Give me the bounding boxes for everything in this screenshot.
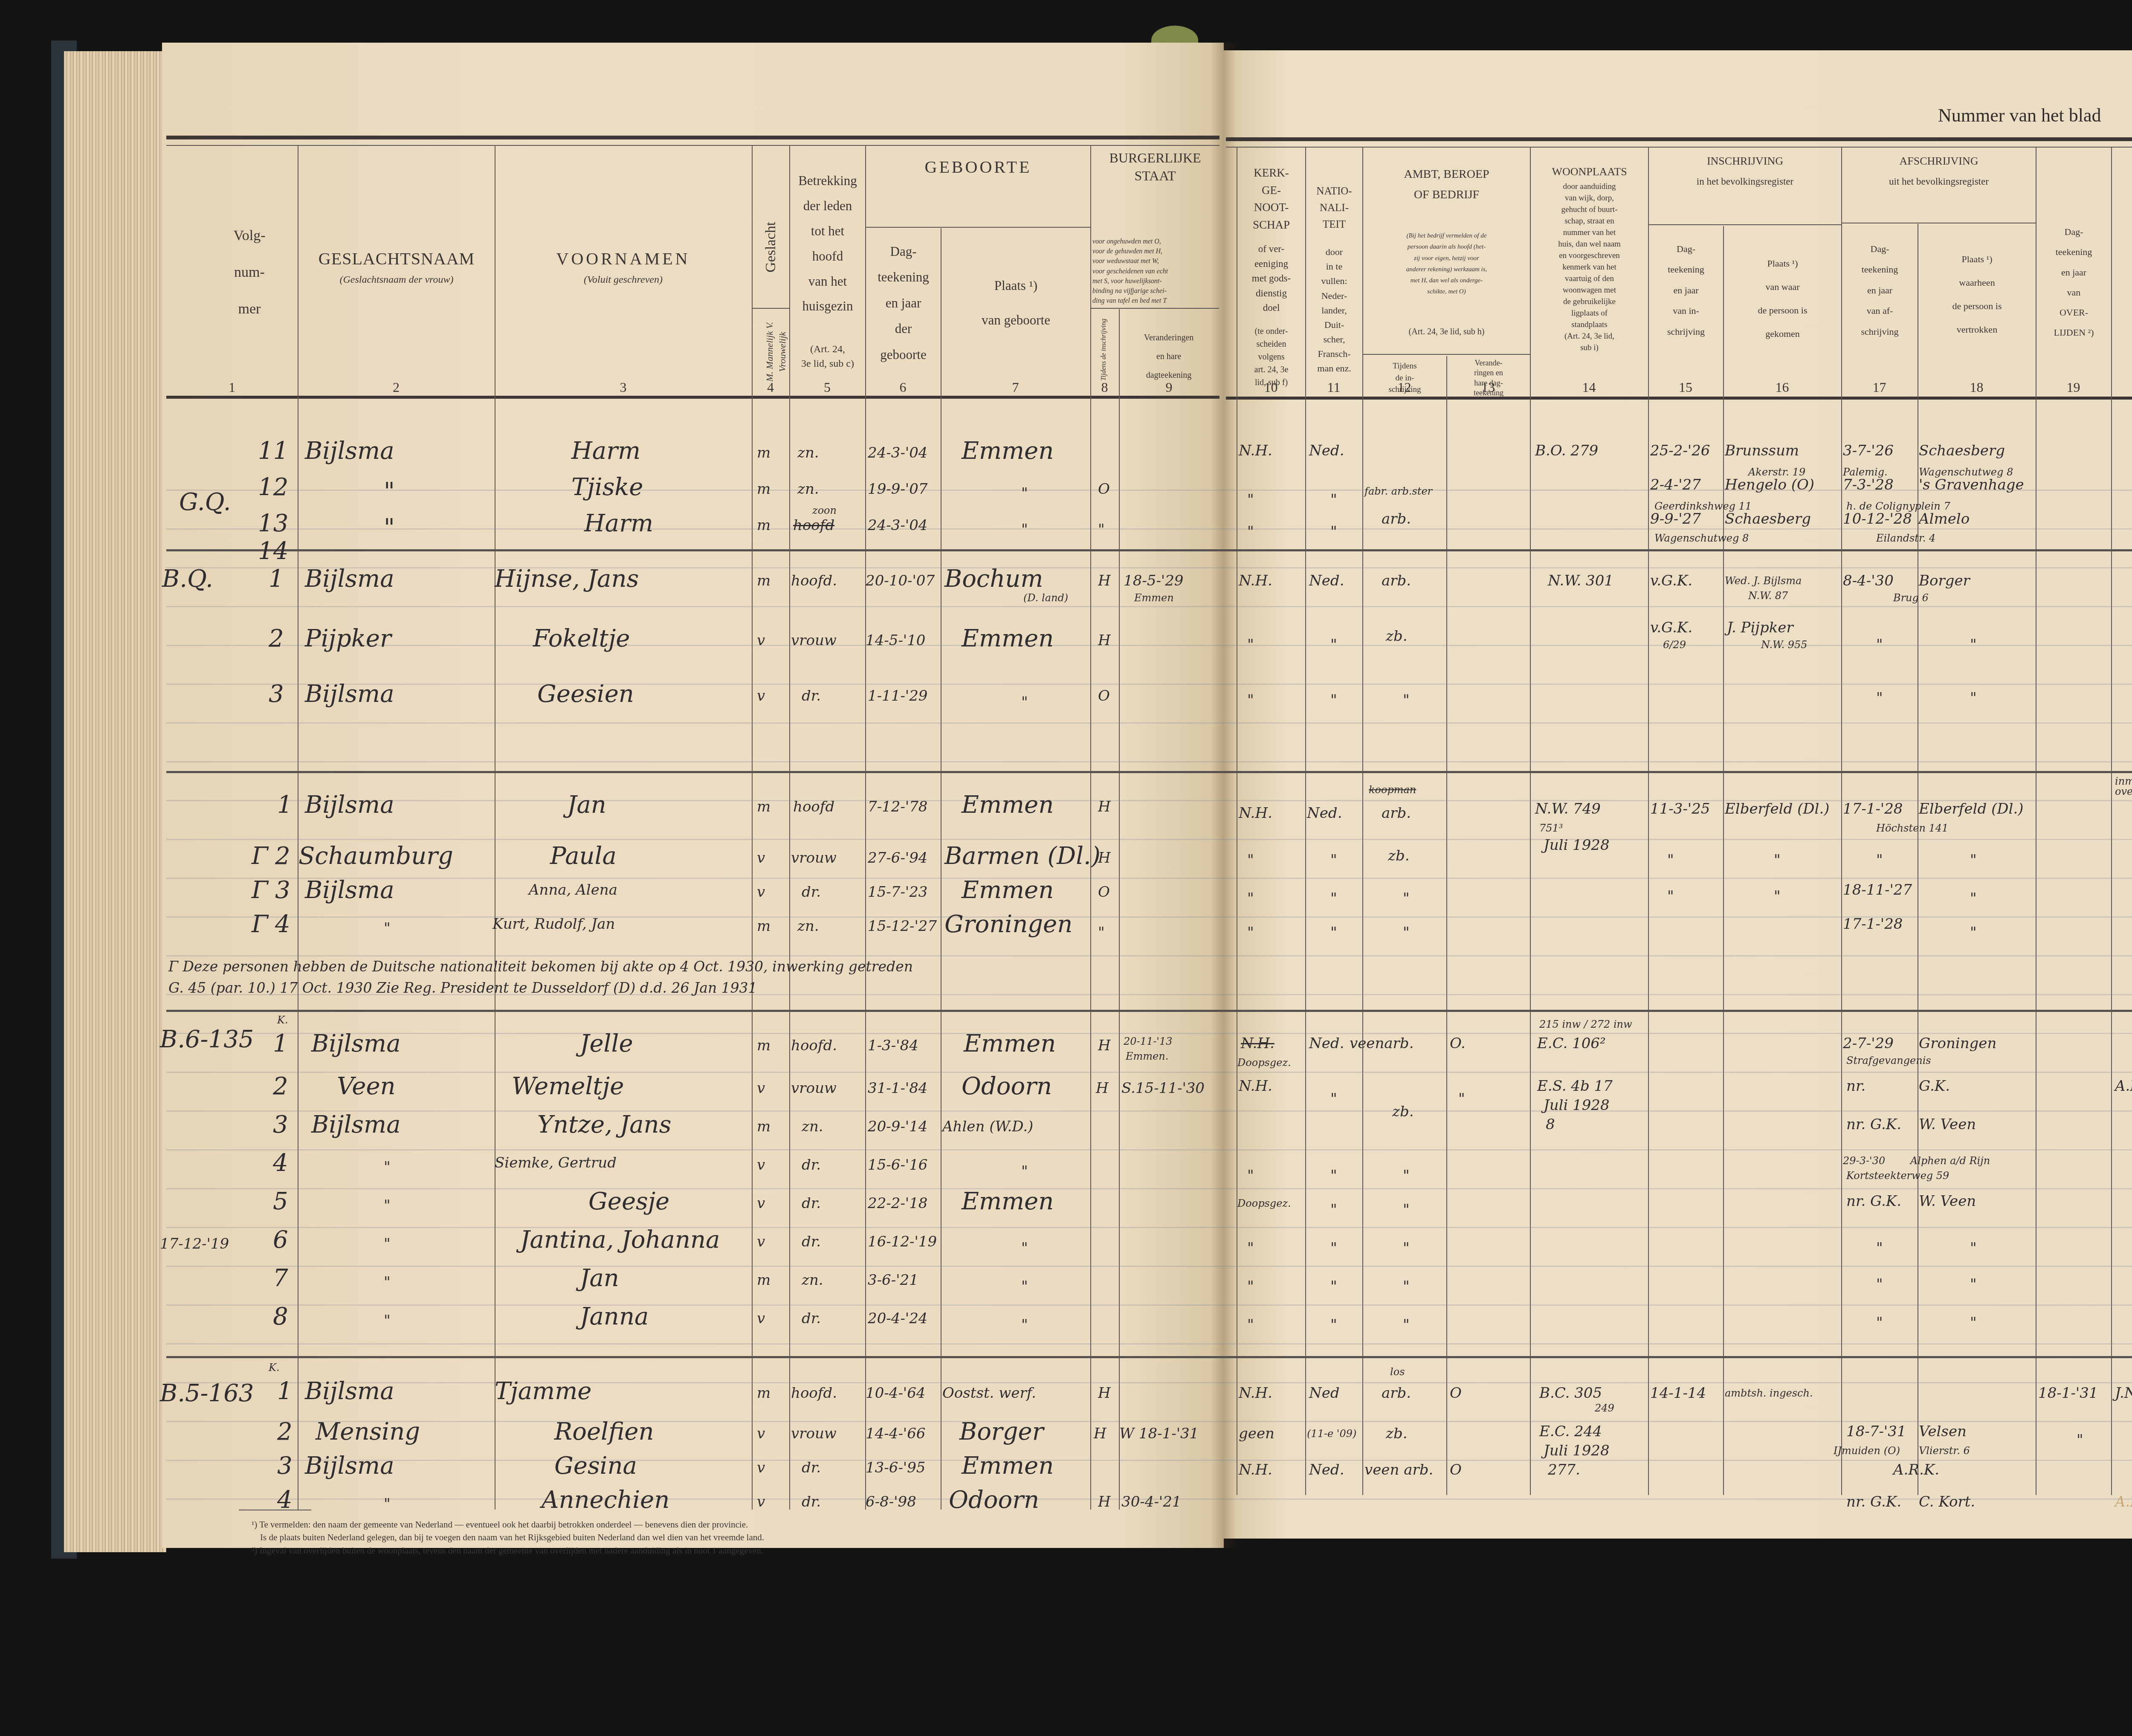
nationality: " (1330, 1092, 1337, 1106)
header-text: OF BEDRIJF (1363, 185, 1530, 205)
out-date: " (1876, 1316, 1883, 1330)
birth-date: 20-10-'07 (866, 574, 935, 588)
nationality: (11-e '09) (1307, 1429, 1356, 1439)
header-text: scher, (1306, 332, 1362, 347)
out-to: 's Gravenhage (1919, 478, 2024, 492)
birth-place: Bochum (944, 567, 1043, 591)
out-to-detail: h. de Colignyplein 7 (1846, 501, 1950, 511)
birth-date: 16-12-'19 (868, 1235, 937, 1249)
family-letter: K. (269, 1362, 280, 1373)
header-text: door (1306, 245, 1362, 259)
header-text: ligplaats of (1531, 308, 1648, 319)
header-text: in te (1306, 259, 1362, 274)
surname: " (384, 1237, 391, 1251)
in-date: v.G.K. (1650, 574, 1692, 588)
given-names: Geesien (537, 682, 634, 706)
header-text: (te onder- (1237, 325, 1305, 338)
address-detail: 751³ (1539, 823, 1563, 833)
out-to-detail: Eilandstr. 4 (1876, 533, 1935, 543)
header-tijdens-inschrijving: Tijdens de inschrijving (1099, 316, 1109, 384)
given-names: Gesina (554, 1454, 637, 1478)
volgnummer: 1 (273, 1032, 288, 1056)
address-current: E.S. 4b 17 (1537, 1079, 1613, 1093)
church: N.H. (1239, 1386, 1272, 1400)
nationality: Ned. (1309, 574, 1344, 588)
sex: m (757, 1386, 771, 1400)
occupation: " (1403, 693, 1410, 707)
footnote-1: ¹) Te vermelden: den naam der gemeente v… (252, 1518, 1190, 1531)
birth-date: 20-4-'24 (868, 1311, 927, 1326)
surname: " (384, 1160, 391, 1174)
birth-date: 14-4-'66 (866, 1426, 925, 1441)
header-rule-left (166, 136, 1220, 139)
relation: dr. (802, 689, 821, 703)
given-names: Janna (580, 1305, 649, 1329)
col-num-3: 3 (495, 380, 752, 395)
header-text: met H, dan wel als onderge- (1364, 275, 1529, 286)
header-text: van waar (1724, 275, 1841, 299)
header-text: teekening (2036, 242, 2111, 262)
out-date-detail: IJmuiden (O) (1834, 1446, 1900, 1456)
header-text: teekening (1842, 259, 1918, 280)
col-num-2: 2 (298, 380, 495, 395)
family-margin-note: G.Q. (179, 490, 231, 514)
occupation: " (1403, 1241, 1410, 1255)
header-text: zij voor eigen, hetzij voor (1364, 253, 1529, 264)
occupation: " (1403, 925, 1410, 940)
header-text: geboorte (866, 342, 941, 368)
in-from: Hengelo (O) (1725, 478, 1814, 492)
sex: m (757, 574, 771, 588)
church: N.H. (1239, 1079, 1272, 1093)
birth-date: 1-11-'29 (868, 689, 927, 703)
occupation-change: O. (1450, 1036, 1466, 1051)
sex: v (757, 1426, 765, 1441)
volgnummer: 3 (275, 878, 290, 902)
birth-place-detail: (D. land) (1023, 593, 1068, 603)
birth-date: 3-6-'21 (868, 1273, 918, 1287)
given-names: Hijnse, Jans (495, 567, 639, 591)
header-geslachtsnaam-sub: (Geslachtsnaam der vrouw) (298, 273, 495, 287)
header-text: de persoon is (1724, 299, 1841, 322)
occupation: zb. (1386, 629, 1408, 643)
in-date-detail: 6/29 (1663, 640, 1686, 650)
header-aanmerkingen: AAN- MERKINGEN (Art. 24, 5e lid) (2112, 273, 2132, 325)
surname: Bijlsma (311, 1113, 401, 1137)
header-text: waarheen (1918, 271, 2036, 294)
geslacht-subrule (753, 308, 789, 309)
birth-place: Emmen (962, 793, 1054, 817)
civil-status: " (1098, 522, 1105, 537)
col-num-13: 13 (1446, 380, 1530, 395)
given-names: Kurt, Rudolf, Jan (492, 917, 615, 931)
col-num-20: 20 (2111, 380, 2132, 395)
church: " (1247, 493, 1254, 507)
row-mark: Γ (252, 844, 268, 868)
header-text: Duit- (1306, 318, 1362, 332)
sex: v (757, 1158, 765, 1172)
church: N.H. (1239, 1463, 1272, 1477)
volgnummer: 4 (277, 1488, 293, 1512)
relation: zn. (797, 482, 819, 496)
volgnummer: 2 (277, 1420, 293, 1444)
out-to-detail: Vlierstr. 6 (1919, 1446, 1970, 1456)
address-detail: 215 inw / 272 inw (1539, 1019, 1632, 1029)
remark: inmiddels in Duitschland overleden. (2115, 776, 2132, 797)
address: B.C. 305 (1539, 1386, 1602, 1400)
volgnummer: 2 (275, 844, 290, 868)
out-to: " (1970, 891, 1977, 906)
relation: dr. (802, 1311, 821, 1326)
birth-place: Emmen (962, 627, 1054, 651)
header-text: en jaar (866, 290, 941, 316)
nationality: Ned. (1309, 443, 1344, 458)
birth-date: 20-9-'14 (868, 1119, 927, 1134)
birth-place: " (1021, 1241, 1028, 1255)
header-inschrijving-sub: in het bevolkingsregister (1649, 175, 1841, 188)
header-text: voor weduwstaat met W, (1092, 256, 1218, 266)
header-inschrijving: INSCHRIJVING (1649, 154, 1841, 168)
header-text: teekening (866, 264, 941, 290)
death: " (2077, 1433, 2083, 1447)
header-text: voor de gehuwden met H, (1092, 246, 1218, 256)
sex: m (757, 1273, 771, 1287)
given-names: Jan (567, 793, 606, 817)
volgnummer: 13 (258, 512, 288, 536)
birth-place: Emmen (962, 439, 1054, 463)
header-text: vertrokken (1918, 318, 2036, 341)
header-text: MERKINGEN (2112, 291, 2132, 309)
occupation: " (1403, 1168, 1410, 1183)
out-date: 10-12-'28 (1843, 512, 1912, 526)
footnote-2: ²) Ingeval van overlijden buiten de woon… (252, 1544, 1190, 1557)
out-to: " (1970, 1277, 1977, 1292)
header-text: door in te vullen: Neder- lander, Duit- … (1306, 245, 1362, 376)
header-text: schap, straat en (1531, 216, 1648, 227)
header-text: gehucht of buurt- (1531, 204, 1648, 216)
header-text: nummer van het (1531, 227, 1648, 239)
header-text: en voorgeschreven (1531, 250, 1648, 262)
surname: " (384, 516, 395, 540)
header-text: Dag- (1649, 239, 1723, 259)
col-num-15: 15 (1648, 380, 1723, 395)
civil-change: W 18-1-'31 (1119, 1426, 1199, 1441)
sex: v (757, 1196, 765, 1211)
nationality: " (1330, 693, 1337, 707)
occupation: " (1403, 1203, 1410, 1217)
header-text: Plaats ¹) (1724, 252, 1841, 275)
birth-date: 6-8-'98 (866, 1495, 916, 1509)
address: N.W. 301 (1548, 574, 1613, 588)
given-names: Tjiske (571, 475, 643, 499)
header-text: vaartuig of den (1531, 273, 1648, 285)
surname: Veen (337, 1075, 396, 1098)
header-text: Volg- (226, 226, 273, 246)
header-text: persoon daarin als hoofd (het- (1364, 241, 1529, 252)
given-names: Harm (571, 439, 640, 463)
header-text: door aanduiding (1531, 181, 1648, 193)
inschrijving-subrule (1649, 224, 1841, 225)
col-num-11: 11 (1305, 380, 1362, 395)
relation: hoofd (793, 800, 834, 814)
out-date: 17-1-'28 (1843, 802, 1903, 816)
in-date: 11-3-'25 (1650, 802, 1710, 816)
header-text: vullen: (1306, 274, 1362, 288)
header-text: met gods- (1237, 271, 1305, 286)
afschrijving-subrule (1842, 223, 2036, 223)
header-text: scheiden (1237, 338, 1305, 351)
row-mark: Γ (252, 878, 268, 902)
church: " (1247, 638, 1254, 652)
header-text: schrijving (1842, 322, 1918, 342)
header-geslachtsnaam: GESLACHTSNAAM (298, 247, 495, 270)
nationality: Ned. (1309, 1463, 1344, 1477)
header-rule-right-thin (1226, 147, 2132, 148)
church: " (1247, 891, 1254, 906)
header-text: de persoon is (1918, 294, 2036, 318)
col-num-4: 4 (752, 380, 789, 395)
header-inschr-dag: Dag- teekening en jaar van in- schrijvin… (1649, 239, 1723, 342)
given-names: Anna, Alena (529, 883, 617, 897)
birth-date: 24-3-'04 (868, 518, 927, 533)
birth-place: Groningen (944, 913, 1072, 936)
header-text: OVER- (2036, 302, 2111, 322)
out-to: Elberfeld (Dl.) (1919, 802, 2023, 816)
header-afschrijving: AFSCHRIJVING (1842, 154, 2036, 168)
in-from: Brunssum (1725, 443, 1799, 458)
header-text: huisgezin (790, 294, 865, 319)
header-afschrijving-sub: uit het bevolkingsregister (1842, 175, 2036, 188)
surname: Pijpker (305, 627, 391, 651)
out-to: " (1970, 1316, 1977, 1330)
out-date: nr. G.K. (1846, 1194, 1901, 1209)
in-date: 9-9-'27 (1650, 512, 1701, 526)
given-names: Yntze, Jans (537, 1113, 671, 1137)
header-text: kenmerk van het (1531, 262, 1648, 273)
relation: hoofd. (791, 574, 837, 588)
civil-status: H (1096, 1081, 1109, 1096)
header-text: hoofd (790, 244, 865, 269)
nationality: " (1330, 1168, 1337, 1183)
relation: zn. (797, 919, 819, 933)
header-text: binding na vijfjarige schei- (1092, 286, 1218, 296)
birth-place: " (1021, 1318, 1028, 1332)
sex: m (757, 446, 771, 460)
occupation: fabr. arb.ster (1364, 486, 1432, 496)
surname: Bijlsma (305, 1454, 394, 1478)
in-from-detail: Akerstr. 19 (1748, 467, 1805, 477)
header-text: van het (790, 269, 865, 294)
header-bottom-rule-right (1226, 397, 2132, 400)
out-date: " (1876, 1241, 1883, 1255)
out-to: Almelo (1919, 512, 1970, 526)
volgnummer: 8 (273, 1305, 288, 1329)
surname: Schaumburg (298, 844, 453, 868)
nationality: " (1330, 525, 1337, 539)
given-names: Geesje (588, 1190, 669, 1214)
occupation-change: O (1450, 1463, 1462, 1477)
in-date: 14-1-14 (1650, 1386, 1706, 1400)
occupation: zb. (1392, 1104, 1414, 1119)
header-nationaliteit: NATIO- NALI- TEIT door in te vullen: Ned… (1306, 183, 1362, 376)
civil-status: H (1094, 1426, 1107, 1441)
col-num-8: 8 (1090, 380, 1119, 395)
volgnummer: 14 (258, 539, 288, 563)
footnotes: ¹) Te vermelden: den naam der gemeente v… (252, 1518, 1190, 1557)
header-text: Neder- (1306, 289, 1362, 303)
out-to: " (1970, 853, 1977, 867)
header-text: de gebruikelijke (1531, 296, 1648, 308)
out-date: " (1876, 691, 1883, 705)
birth-date: 19-9-'07 (868, 482, 927, 496)
out-date: " (1876, 853, 1883, 867)
birth-place: " (1021, 522, 1028, 537)
volgnummer: 1 (269, 567, 284, 591)
birth-place: Emmen (962, 1454, 1054, 1478)
header-veranderingen: Veranderingen en hare dagteekening (1120, 328, 1218, 385)
birth-place: Emmen (962, 878, 1054, 902)
occupation: veenarb. (1350, 1036, 1414, 1051)
church: N.H. (1239, 806, 1272, 820)
col-num-7: 7 (941, 380, 1090, 395)
occupation: zb. (1388, 849, 1410, 863)
out-to: " (1970, 638, 1977, 652)
nationality: Ned. (1309, 1036, 1344, 1051)
nationality: Ned (1309, 1386, 1340, 1400)
col-num-16: 16 (1723, 380, 1841, 395)
header-text: Verande- (1447, 358, 1530, 368)
sex: m (757, 518, 771, 533)
col-num-6: 6 (865, 380, 941, 395)
nationality: " (1330, 1279, 1337, 1294)
family-margin-note: B.5-163 (160, 1382, 254, 1406)
address-number: 277. (1548, 1463, 1580, 1477)
sex: v (757, 633, 765, 648)
church: " (1247, 1241, 1254, 1255)
volgnummer: 1 (277, 1380, 293, 1403)
volgnummer: 6 (273, 1228, 288, 1252)
relation: vrouw (791, 1081, 837, 1096)
row-mark: Γ (252, 913, 268, 936)
header-text: teekening (1649, 259, 1723, 280)
header-afschr-dag: Dag- teekening en jaar van af- schrijvin… (1842, 239, 1918, 342)
header-text: en hare (1120, 347, 1218, 366)
header-text: NALI- (1306, 200, 1362, 217)
sex: v (757, 851, 765, 865)
relation: dr. (802, 885, 821, 899)
col-num-10: 10 (1237, 380, 1305, 395)
given-names: Paula (550, 844, 617, 868)
sex: m (757, 1038, 771, 1053)
header-text: ding van tafel en bed met T (1092, 296, 1218, 306)
header-text: Betrekking (790, 168, 865, 194)
header-text: AAN- (2112, 273, 2132, 291)
col-num-1: 1 (166, 380, 298, 395)
out-date: 29-3-'30 (1843, 1156, 1885, 1166)
surname: " (384, 1275, 391, 1290)
occupation: zb. (1386, 1426, 1408, 1441)
header-text: TEIT (1306, 217, 1362, 233)
occupation: " (1403, 1279, 1410, 1294)
address-detail: 249 (1595, 1403, 1614, 1413)
header-burgerlijke-staat-sub: voor ongehuwden met O, voor de gehuwden … (1092, 237, 1218, 306)
family-margin-note: B.6-135 (160, 1028, 254, 1052)
header-text: Dag- (1842, 239, 1918, 259)
occupation: arb. (1382, 574, 1411, 588)
nationality: " (1330, 1318, 1337, 1332)
in-from-detail: Wagenschutweg 8 (1654, 533, 1749, 543)
sex: m (757, 800, 771, 814)
header-text: Plaats ¹) (1918, 247, 2036, 271)
occupation-change: " (1458, 1092, 1465, 1106)
birth-place: Odoorn (962, 1075, 1052, 1098)
birth-place: " (1021, 1164, 1028, 1179)
out-date: nr. G.K. (1846, 1117, 1901, 1132)
birth-date: 14-5-'10 (866, 633, 925, 648)
in-from: J. Pijpker (1727, 620, 1793, 635)
surname: " (384, 480, 395, 504)
header-text: van in- (1649, 301, 1723, 321)
surname: Bijlsma (305, 439, 394, 463)
family-separator (166, 1010, 2132, 1012)
out-date: nr. (1846, 1079, 1865, 1093)
geboorte-subrule (866, 227, 1090, 228)
header-text: eeniging (1237, 257, 1305, 272)
header-voornamen-sub: (Voluit geschreven) (495, 273, 752, 287)
out-to-detail: Kortsteekterweg 59 (1846, 1171, 1949, 1181)
header-text: NATIO- (1306, 183, 1362, 200)
col-num-14: 14 (1530, 380, 1648, 395)
footnote-rule (239, 1510, 311, 1510)
out-to-detail: Wagenschutweg 8 (1919, 467, 2013, 477)
out-to-detail: Strafgevangenis (1846, 1055, 1931, 1066)
header-text: gekomen (1724, 322, 1841, 345)
birth-place: Borger (959, 1420, 1043, 1444)
relation: dr. (802, 1196, 821, 1211)
header-text: van af- (1842, 301, 1918, 321)
out-date: " (1876, 1277, 1883, 1292)
church: N.H. (1239, 574, 1272, 588)
volgnummer: 3 (277, 1454, 293, 1478)
header-burgerlijke-staat: BURGERLIJKE STAAT (1091, 149, 1219, 185)
church: " (1247, 925, 1254, 940)
page-number-label: Nummer van het blad (1938, 104, 2101, 126)
header-geboorte: GEBOORTE (866, 156, 1090, 179)
civil-change: S.15-11-'30 (1121, 1081, 1205, 1096)
birth-date: 31-1-'84 (868, 1081, 927, 1096)
birth-date: 24-3-'04 (868, 446, 927, 460)
in-date: " (1667, 889, 1674, 904)
address: E.C. 106² (1537, 1036, 1606, 1051)
header-text: STAAT (1091, 167, 1219, 185)
nationality-note-line-2: G. 45 (par. 10.) 17 Oct. 1930 Zie Reg. P… (168, 981, 757, 995)
civil-status: H (1098, 800, 1111, 814)
nationality: " (1330, 1203, 1337, 1217)
in-from-detail: N.W. 955 (1761, 640, 1808, 650)
sex: m (757, 1119, 771, 1134)
header-overlijden: Dag- teekening en jaar van OVER- LIJDEN … (2036, 222, 2111, 343)
staat-subrule (1091, 308, 1219, 309)
relation: dr. (802, 1461, 821, 1475)
header-text: LIJDEN ²) (2036, 322, 2111, 342)
address-date: Juli 1928 (1544, 1443, 1610, 1458)
occupation-prefix: los (1390, 1367, 1405, 1377)
header-text: huis, dan wel naam (1531, 239, 1648, 250)
header-text: KERK- (1237, 164, 1305, 182)
header-kerkgenootschap: KERK- GE- NOOT- SCHAP of ver- eeniging m… (1237, 164, 1305, 389)
civil-status: H (1098, 1386, 1111, 1400)
civil-change: 30-4-'21 (1121, 1495, 1181, 1509)
